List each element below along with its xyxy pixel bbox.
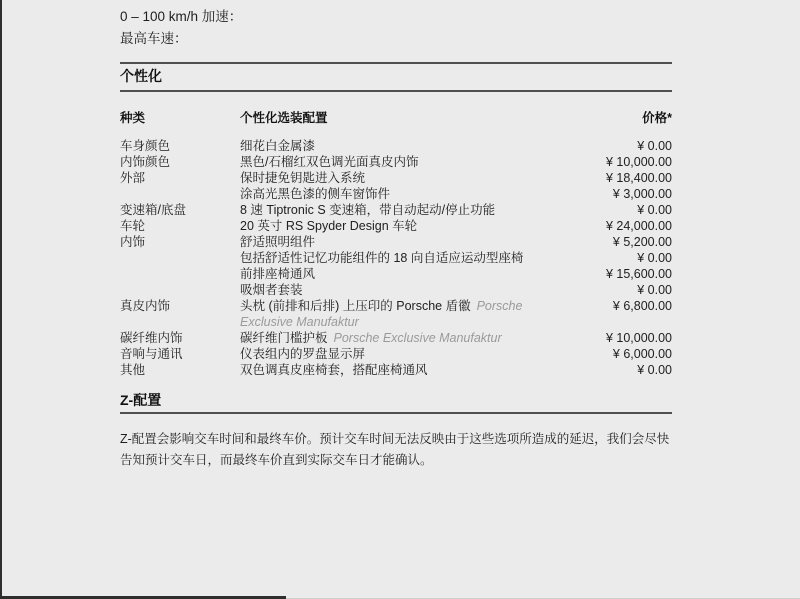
price-cell: ¥ 0.00 — [570, 362, 672, 378]
spec-lines: 0 – 100 km/h 加速： 最高车速： — [120, 6, 672, 50]
header-category: 种类 — [120, 110, 240, 126]
table-row: 车轮 20 英寸 RS Spyder Design 车轮 ¥ 24,000.00 — [120, 218, 672, 234]
price-cell: ¥ 0.00 — [570, 282, 672, 298]
header-price: 价格* — [570, 110, 672, 126]
option-label: 舒适照明组件 — [240, 235, 315, 249]
spec-acceleration: 0 – 100 km/h 加速： — [120, 6, 672, 28]
window-edge-left — [0, 0, 2, 599]
price-cell: ¥ 10,000.00 — [570, 330, 672, 346]
category-cell: 车身颜色 — [120, 138, 240, 154]
category-cell: 其他 — [120, 362, 240, 378]
category-cell: 碳纤维内饰 — [120, 330, 240, 346]
category-cell — [120, 186, 240, 202]
category-cell: 变速箱/底盘 — [120, 202, 240, 218]
option-label: 20 英寸 RS Spyder Design 车轮 — [240, 219, 417, 233]
price-cell: ¥ 24,000.00 — [570, 218, 672, 234]
option-label: 前排座椅通风 — [240, 267, 315, 281]
category-cell: 真皮内饰 — [120, 298, 240, 330]
option-label: 仪表组内的罗盘显示屏 — [240, 347, 365, 361]
document-content: 0 – 100 km/h 加速： 最高车速： 个性化 种类 个性化选装配置 价格… — [120, 0, 672, 471]
category-cell: 内饰 — [120, 234, 240, 250]
table-row: 真皮内饰 头枕 (前排和后排) 上压印的 Porsche 盾徽Porsche E… — [120, 298, 672, 330]
table-row: 变速箱/底盘 8 速 Tiptronic S 变速箱，带自动起动/停止功能 ¥ … — [120, 202, 672, 218]
price-cell: ¥ 10,000.00 — [570, 154, 672, 170]
table-row: 外部 保时捷免钥匙进入系统 ¥ 18,400.00 — [120, 170, 672, 186]
table-row: 其他 双色调真皮座椅套，搭配座椅通风 ¥ 0.00 — [120, 362, 672, 378]
table-row: 前排座椅通风 ¥ 15,600.00 — [120, 266, 672, 282]
category-cell: 音响与通讯 — [120, 346, 240, 362]
table-row: 包括舒适性记忆功能组件的 18 向自适应运动型座椅 ¥ 0.00 — [120, 250, 672, 266]
price-cell: ¥ 5,200.00 — [570, 234, 672, 250]
price-cell: ¥ 0.00 — [570, 250, 672, 266]
option-label: 头枕 (前排和后排) 上压印的 Porsche 盾徽 — [240, 299, 471, 313]
option-label: 黑色/石榴红双色调光面真皮内饰 — [240, 155, 418, 169]
option-label: 涂高光黑色漆的侧车窗饰件 — [240, 187, 390, 201]
price-cell: ¥ 15,600.00 — [570, 266, 672, 282]
price-cell: ¥ 6,000.00 — [570, 346, 672, 362]
table-row: 吸烟者套装 ¥ 0.00 — [120, 282, 672, 298]
table-row: 车身颜色 细花白金属漆 ¥ 0.00 — [120, 138, 672, 154]
section-title-personalization: 个性化 — [120, 62, 672, 92]
category-cell — [120, 282, 240, 298]
price-cell: ¥ 0.00 — [570, 138, 672, 154]
table-row: 涂高光黑色漆的侧车窗饰件 ¥ 3,000.00 — [120, 186, 672, 202]
table-row: 音响与通讯 仪表组内的罗盘显示屏 ¥ 6,000.00 — [120, 346, 672, 362]
price-cell: ¥ 6,800.00 — [570, 298, 672, 330]
section-title-z-config: Z-配置 — [120, 392, 672, 414]
table-row: 内饰颜色 黑色/石榴红双色调光面真皮内饰 ¥ 10,000.00 — [120, 154, 672, 170]
price-cell: ¥ 3,000.00 — [570, 186, 672, 202]
option-label: 保时捷免钥匙进入系统 — [240, 171, 365, 185]
header-option: 个性化选装配置 — [240, 110, 570, 126]
option-label: 8 速 Tiptronic S 变速箱，带自动起动/停止功能 — [240, 203, 495, 217]
z-config-disclaimer: Z-配置会影响交车时间和最终车价。预计交车时间无法反映由于这些选项所造成的延迟，… — [120, 429, 672, 471]
price-cell: ¥ 0.00 — [570, 202, 672, 218]
spec-top-speed: 最高车速： — [120, 28, 672, 50]
category-cell: 外部 — [120, 170, 240, 186]
option-label: 碳纤维门槛护板 — [240, 331, 328, 345]
table-row: 内饰 舒适照明组件 ¥ 5,200.00 — [120, 234, 672, 250]
category-cell: 内饰颜色 — [120, 154, 240, 170]
options-table: 车身颜色 细花白金属漆 ¥ 0.00 内饰颜色 黑色/石榴红双色调光面真皮内饰 … — [120, 138, 672, 378]
category-cell — [120, 266, 240, 282]
option-label: 细花白金属漆 — [240, 139, 315, 153]
category-cell — [120, 250, 240, 266]
option-label: 包括舒适性记忆功能组件的 18 向自适应运动型座椅 — [240, 251, 523, 265]
category-cell: 车轮 — [120, 218, 240, 234]
table-row: 碳纤维内饰 碳纤维门槛护板Porsche Exclusive Manufaktu… — [120, 330, 672, 346]
option-label: 双色调真皮座椅套，搭配座椅通风 — [240, 363, 428, 377]
price-cell: ¥ 18,400.00 — [570, 170, 672, 186]
option-label: 吸烟者套装 — [240, 283, 303, 297]
table-header-row: 种类 个性化选装配置 价格* — [120, 110, 672, 126]
option-note: Porsche Exclusive Manufaktur — [334, 331, 502, 345]
